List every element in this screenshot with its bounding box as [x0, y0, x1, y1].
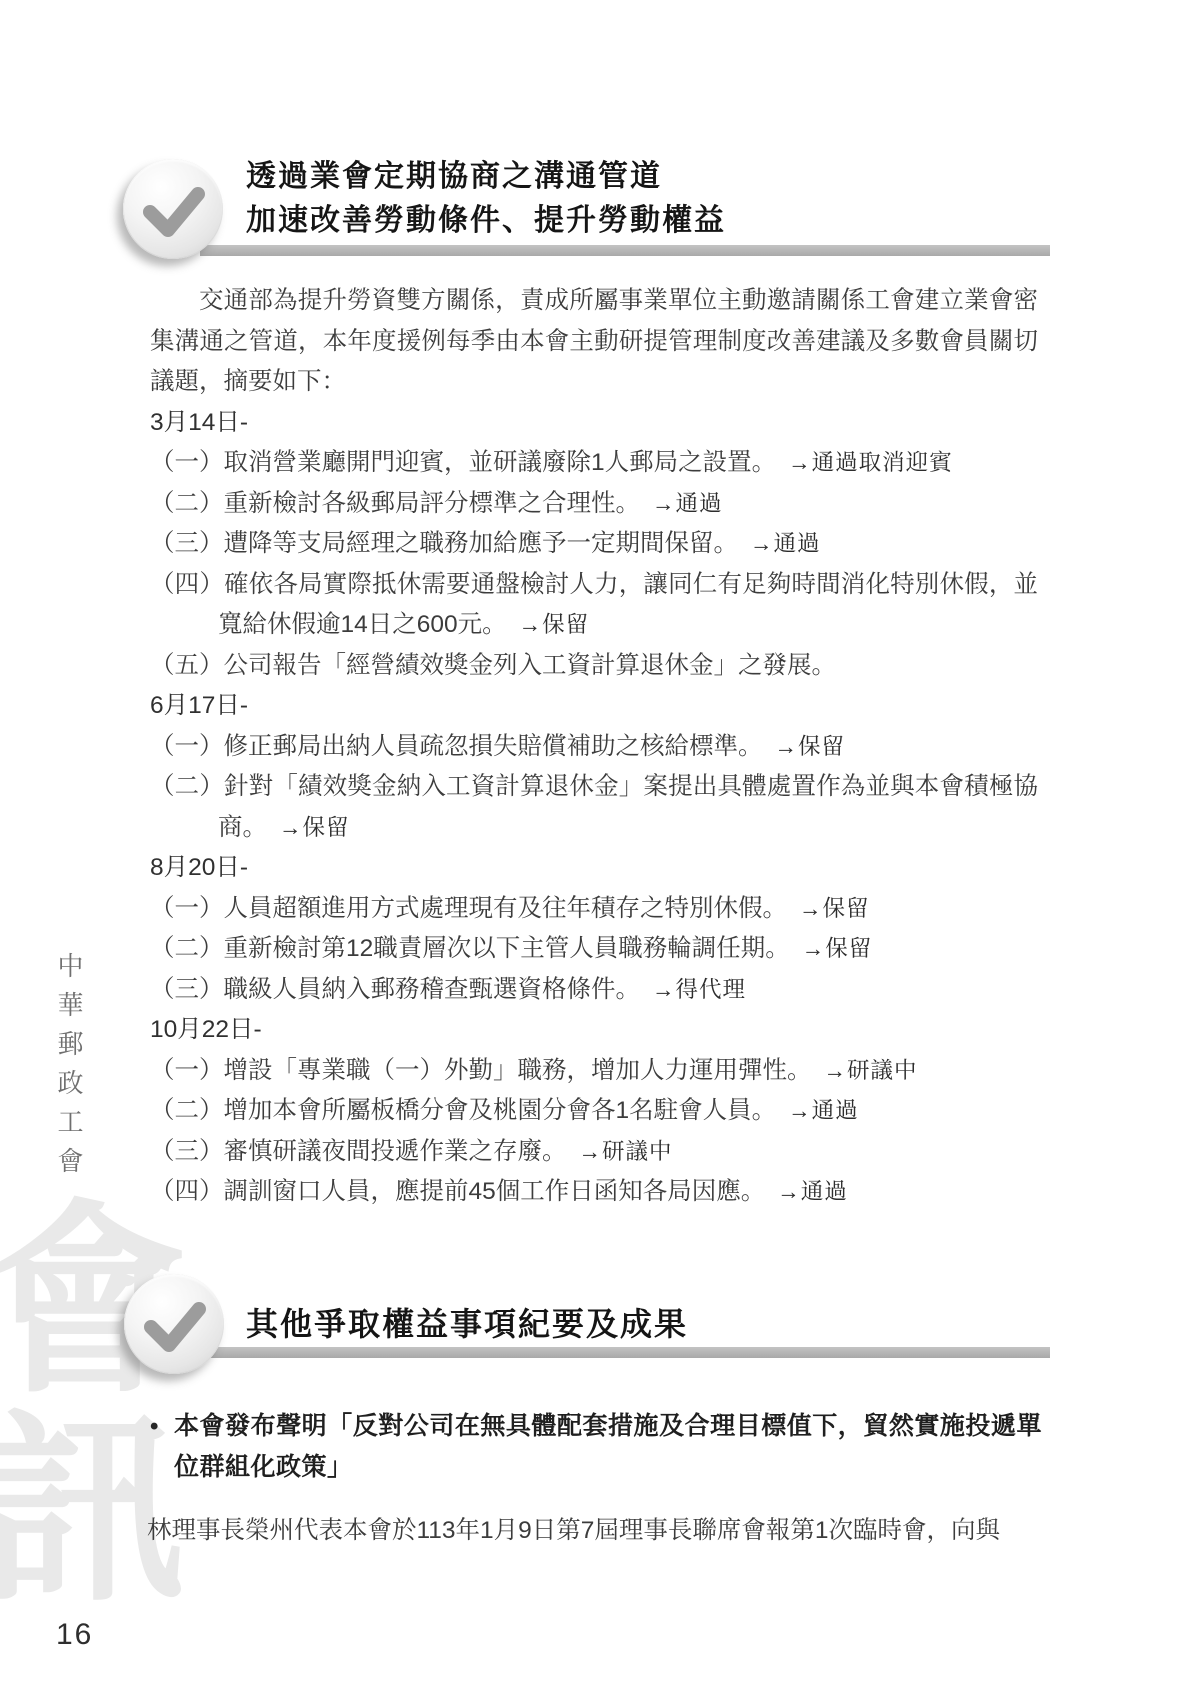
meeting-date: 6月17日- — [150, 686, 1038, 727]
agenda-item-text: （三）審慎研議夜間投遞作業之存廢。 — [150, 1138, 567, 1165]
agenda-item-text: （五）公司報告「經營績效獎金列入工資計算退休金」之發展。 — [150, 652, 836, 679]
meeting-date: 8月20日- — [150, 848, 1038, 889]
status-annotation: →保留 — [799, 896, 870, 921]
intro-paragraph: 交通部為提升勞資雙方關係，責成所屬事業單位主動邀請關係工會建立業會密集溝通之管道… — [150, 281, 1038, 403]
agenda-item: （二）重新檢討第12職責層次以下主管人員職務輪調任期。→保留 — [150, 929, 1038, 970]
section-divider-bar — [200, 1347, 1050, 1358]
agenda-item-text: （三）遭降等支局經理之職務加給應予一定期間保留。 — [150, 530, 738, 557]
page-number: 16 — [56, 1618, 93, 1652]
agenda-item: （三）審慎研議夜間投遞作業之存廢。→研議中 — [150, 1132, 1038, 1173]
statement-bullet: • 本會發布聲明「反對公司在無具體配套措施及合理目標值下，貿然實施投遞單位群組化… — [150, 1406, 1050, 1488]
agenda-item-text: （一）取消營業廳開門迎賓，並研議廢除1人郵局之設置。 — [150, 449, 776, 476]
agenda-item: （一）人員超額進用方式處理現有及往年積存之特別休假。→保留 — [150, 889, 1038, 930]
agenda-item: （三）職級人員納入郵務稽查甄選資格條件。→得代理 — [150, 970, 1038, 1011]
status-annotation: →保留 — [775, 734, 846, 759]
section1-title-line2: 加速改善勞動條件、提升勞動權益 — [246, 199, 726, 243]
agenda-item: （五）公司報告「經營績效獎金列入工資計算退休金」之發展。 — [150, 646, 1038, 687]
status-annotation: →保留 — [519, 612, 590, 637]
agenda-item-text: （二）重新檢討第12職責層次以下主管人員職務輪調任期。 — [150, 935, 790, 962]
checkmark-glyph — [123, 159, 223, 259]
status-annotation: →得代理 — [652, 977, 746, 1002]
agenda-item: （四）確依各局實際抵休需要通盤檢討人力，讓同仁有足夠時間消化特別休假，並寬給休假… — [150, 565, 1038, 646]
agenda-item-text: （二）增加本會所屬板橋分會及桃園分會各1名駐會人員。 — [150, 1097, 776, 1124]
agenda-item: （一）修正郵局出納人員疏忽損失賠償補助之核給標準。→保留 — [150, 727, 1038, 768]
section-divider-bar — [200, 245, 1050, 256]
section1-title-line1: 透過業會定期協商之溝通管道 — [246, 155, 726, 199]
section2-title: 其他爭取權益事項紀要及成果 — [246, 1304, 688, 1344]
union-name-vertical: 中華郵政工會 — [50, 952, 87, 1186]
status-annotation: →通過取消迎賓 — [788, 450, 953, 475]
agenda-item-text: （四）調訓窗口人員，應提前45個工作日函知各局因應。 — [150, 1178, 765, 1205]
agenda-item-text: （一）增設「專業職（一）外勤」職務，增加人力運用彈性。 — [150, 1057, 812, 1084]
section1-body: 交通部為提升勞資雙方關係，責成所屬事業單位主動邀請關係工會建立業會密集溝通之管道… — [150, 281, 1038, 1213]
status-annotation: →保留 — [279, 815, 350, 840]
agenda-item: （一）取消營業廳開門迎賓，並研議廢除1人郵局之設置。→通過取消迎賓 — [150, 443, 1038, 484]
section1-title: 透過業會定期協商之溝通管道 加速改善勞動條件、提升勞動權益 — [246, 155, 726, 243]
check-circle-icon — [124, 1274, 224, 1374]
agenda-item: （三）遭降等支局經理之職務加給應予一定期間保留。→通過 — [150, 524, 1038, 565]
agenda-item-text: （一）修正郵局出納人員疏忽損失賠償補助之核給標準。 — [150, 733, 763, 760]
status-annotation: →通過 — [750, 531, 821, 556]
closing-paragraph: 林理事長榮州代表本會於113年1月9日第7屆理事長聯席會報第1次臨時會，向與 — [147, 1511, 1092, 1551]
status-annotation: →研議中 — [579, 1139, 673, 1164]
agenda-item-text: （三）職級人員納入郵務稽查甄選資格條件。 — [150, 976, 640, 1003]
status-annotation: →通過 — [652, 491, 723, 516]
agenda-item-text: （二）重新檢討各級郵局評分標準之合理性。 — [150, 490, 640, 517]
meeting-date: 3月14日- — [150, 403, 1038, 444]
statement-text: 本會發布聲明「反對公司在無具體配套措施及合理目標值下，貿然實施投遞單位群組化政策… — [174, 1406, 1042, 1488]
agenda-item-text: （一）人員超額進用方式處理現有及往年積存之特別休假。 — [150, 895, 787, 922]
checkmark-glyph — [124, 1274, 224, 1374]
agenda-item: （四）調訓窗口人員，應提前45個工作日函知各局因應。→通過 — [150, 1172, 1038, 1213]
agenda-item: （二）重新檢討各級郵局評分標準之合理性。→通過 — [150, 484, 1038, 525]
agenda-item-text: （四）確依各局實際抵休需要通盤檢討人力，讓同仁有足夠時間消化特別休假，並寬給休假… — [150, 571, 1038, 639]
status-annotation: →保留 — [802, 936, 873, 961]
status-annotation: →通過 — [788, 1098, 859, 1123]
meeting-date: 10月22日- — [150, 1010, 1038, 1051]
status-annotation: →通過 — [777, 1179, 848, 1204]
agenda-item: （二）增加本會所屬板橋分會及桃園分會各1名駐會人員。→通過 — [150, 1091, 1038, 1132]
agenda-item: （二）針對「績效獎金納入工資計算退休金」案提出具體處置作為並與本會積極協商。→保… — [150, 767, 1038, 848]
agenda-item: （一）增設「專業職（一）外勤」職務，增加人力運用彈性。→研議中 — [150, 1051, 1038, 1092]
bullet-icon: • — [150, 1406, 174, 1488]
status-annotation: →研議中 — [824, 1058, 918, 1083]
check-circle-icon — [123, 159, 223, 259]
